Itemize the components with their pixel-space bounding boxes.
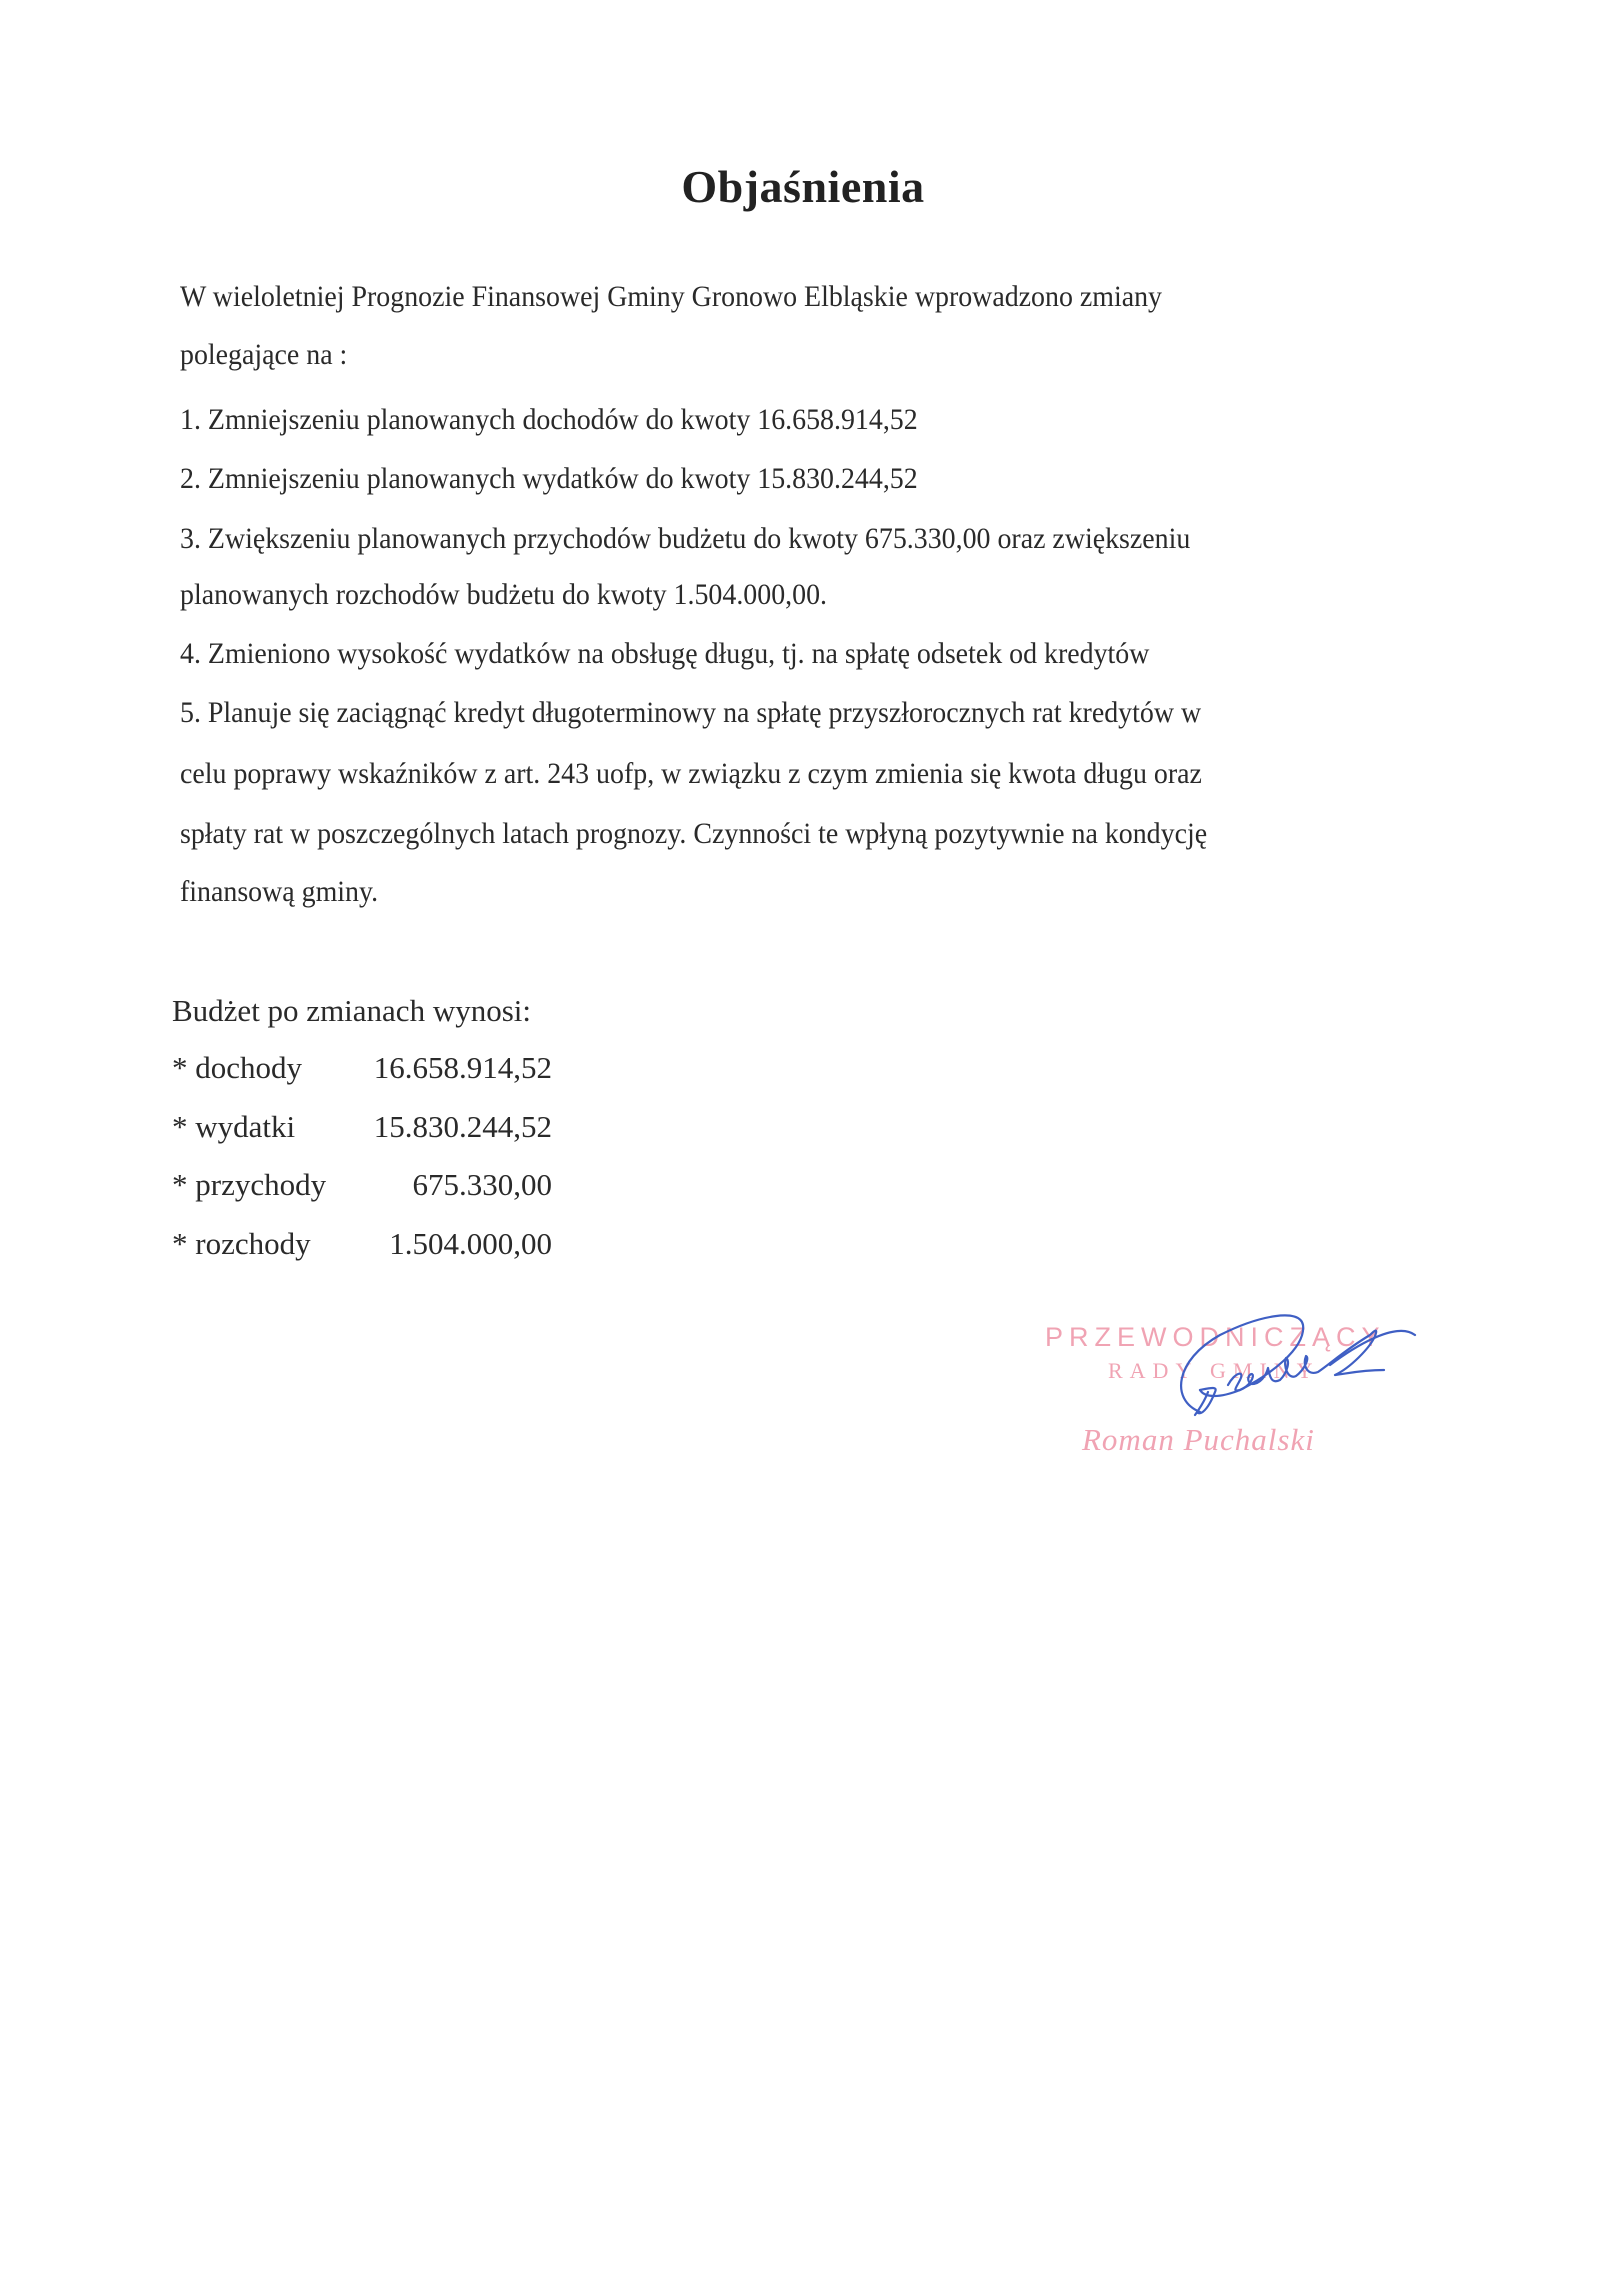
intro-line-2: polegające na : xyxy=(180,338,347,372)
budget-label: * przychody xyxy=(172,1167,326,1203)
intro-line-1: W wieloletniej Prognozie Finansowej Gmin… xyxy=(180,280,1162,314)
item-5-line-4: finansową gminy. xyxy=(180,875,378,909)
budget-value: 1.504.000,00 xyxy=(389,1226,552,1262)
document-page: Objaśnienia W wieloletniej Prognozie Fin… xyxy=(0,0,1606,2291)
budget-heading: Budżet po zmianach wynosi: xyxy=(172,993,531,1029)
budget-value: 16.658.914,52 xyxy=(374,1050,552,1086)
item-5-line-1: 5. Planuje się zaciągnąć kredyt długoter… xyxy=(180,696,1201,730)
item-5-line-3: spłaty rat w poszczególnych latach progn… xyxy=(180,817,1207,851)
item-3-line-1: 3. Zwiększeniu planowanych przychodów bu… xyxy=(180,522,1190,556)
document-title: Objaśnienia xyxy=(0,160,1606,213)
budget-value: 15.830.244,52 xyxy=(374,1109,552,1145)
item-2-line-1: 2. Zmniejszeniu planowanych wydatków do … xyxy=(180,462,918,496)
budget-label: * rozchody xyxy=(172,1226,311,1262)
item-4-line-1: 4. Zmieniono wysokość wydatków na obsług… xyxy=(180,637,1149,671)
budget-label: * dochody xyxy=(172,1050,302,1086)
item-3-line-2: planowanych rozchodów budżetu do kwoty 1… xyxy=(180,578,827,612)
budget-value: 675.330,00 xyxy=(413,1167,553,1203)
item-5-line-2: celu poprawy wskaźników z art. 243 uofp,… xyxy=(180,757,1202,791)
budget-label: * wydatki xyxy=(172,1109,295,1145)
handwritten-signature-icon xyxy=(1000,1280,1450,1480)
official-stamp: PRZEWODNICZĄCY RADY GMINY Roman Puchalsk… xyxy=(1000,1280,1450,1480)
item-1-line-1: 1. Zmniejszeniu planowanych dochodów do … xyxy=(180,403,918,437)
